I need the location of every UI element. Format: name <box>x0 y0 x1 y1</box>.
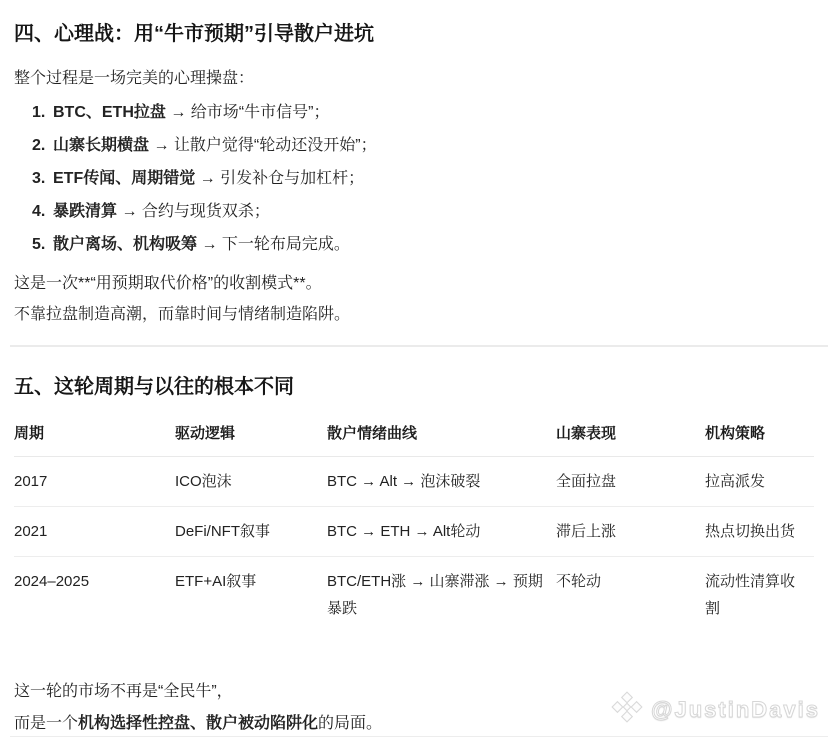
closing-line-2-bold: 机构选择性控盘、散户被动陷阱化 <box>78 715 318 732</box>
list-item-number: 4. <box>32 202 53 222</box>
binance-diamond-icon <box>610 690 644 729</box>
watermark-handle: @JustinDavis <box>651 697 820 723</box>
table-cell: 不轮动 <box>556 557 705 639</box>
list-item-lead: 暴跌清算 <box>53 203 117 220</box>
section5-heading: 五、这轮周期与以往的根本不同 <box>14 374 814 400</box>
table-header-cell: 驱动逻辑 <box>175 416 327 457</box>
list-item-number: 2. <box>32 136 53 156</box>
table-cell: ICO泡沫 <box>175 457 327 507</box>
table-header-cell: 机构策略 <box>705 416 814 457</box>
list-item-number: 1. <box>32 103 53 123</box>
table-header-cell: 周期 <box>14 416 175 457</box>
list-item-rest: → 让散户觉得“轮动还没开始”； <box>149 137 377 154</box>
list-item-lead: 散户离场、机构吸筹 <box>53 236 197 253</box>
closing-line-2-pre: 而是一个 <box>14 715 78 732</box>
watermark: @JustinDavis <box>610 690 820 729</box>
list-item-number: 5. <box>32 235 53 255</box>
table-cell: BTC → ETH → Alt轮动 <box>327 507 556 557</box>
table-cell: 滞后上涨 <box>556 507 705 557</box>
list-item: 2.山寨长期横盘 → 让散户觉得“轮动还没开始”； <box>32 136 814 156</box>
list-item-rest: → 引发补仓与加杠杆； <box>195 170 364 187</box>
table-cell: DeFi/NFT叙事 <box>175 507 327 557</box>
table-cell: 拉高派发 <box>705 457 814 507</box>
table-cell: 2024–2025 <box>14 557 175 639</box>
list-item-rest: → 下一轮布局完成。 <box>197 236 350 253</box>
closing-line-2-post: 的局面。 <box>318 715 382 732</box>
list-item-lead: BTC、ETH拉盘 <box>53 104 166 121</box>
list-item: 1.BTC、ETH拉盘 → 给市场“牛市信号”； <box>32 103 814 123</box>
conclusion-line-2: 不靠拉盘制造高潮，而靠时间与情绪制造陷阱。 <box>14 299 814 330</box>
table-cell: BTC/ETH涨 → 山寨滞涨 → 预期暴跌 <box>327 557 556 639</box>
list-item-lead: 山寨长期横盘 <box>53 137 149 154</box>
conclusion-line-1: 这是一次**“用预期取代价格”的收割模式**。 <box>14 268 814 299</box>
list-item-rest: → 给市场“牛市信号”； <box>166 104 330 121</box>
list-item: 3.ETF传闻、周期错觉 → 引发补仓与加杠杆； <box>32 169 814 189</box>
psychology-list: 1.BTC、ETH拉盘 → 给市场“牛市信号”；2.山寨长期横盘 → 让散户觉得… <box>14 103 814 255</box>
table-header-cell: 散户情绪曲线 <box>327 416 556 457</box>
section-divider <box>10 345 828 347</box>
section4-conclusion: 这是一次**“用预期取代价格”的收割模式**。 不靠拉盘制造高潮，而靠时间与情绪… <box>14 268 814 330</box>
table-cell: 2021 <box>14 507 175 557</box>
table-cell: 热点切换出货 <box>705 507 814 557</box>
list-item-number: 3. <box>32 169 53 189</box>
table-row: 2021DeFi/NFT叙事BTC → ETH → Alt轮动滞后上涨热点切换出… <box>14 507 814 557</box>
list-item: 5.散户离场、机构吸筹 → 下一轮布局完成。 <box>32 235 814 255</box>
table-cell: 全面拉盘 <box>556 457 705 507</box>
section4-heading: 四、心理战：用“牛市预期”引导散户进坑 <box>14 21 814 47</box>
table-row: 2017ICO泡沫BTC → Alt → 泡沫破裂全面拉盘拉高派发 <box>14 457 814 507</box>
list-item-rest: → 合约与现货双杀； <box>117 203 270 220</box>
cycle-table-body: 2017ICO泡沫BTC → Alt → 泡沫破裂全面拉盘拉高派发2021DeF… <box>14 457 814 639</box>
table-header-cell: 山寨表现 <box>556 416 705 457</box>
bottom-divider <box>10 736 828 737</box>
table-cell: BTC → Alt → 泡沫破裂 <box>327 457 556 507</box>
section4-intro: 整个过程是一场完美的心理操盘： <box>14 68 814 90</box>
table-row: 2024–2025ETF+AI叙事BTC/ETH涨 → 山寨滞涨 → 预期暴跌不… <box>14 557 814 639</box>
list-item-lead: ETF传闻、周期错觉 <box>53 170 195 187</box>
list-item: 4.暴跌清算 → 合约与现货双杀； <box>32 202 814 222</box>
table-cell: 流动性清算收割 <box>705 557 814 639</box>
document-body: 四、心理战：用“牛市预期”引导散户进坑 整个过程是一场完美的心理操盘： 1.BT… <box>0 21 828 740</box>
cycle-comparison-table: 周期驱动逻辑散户情绪曲线山寨表现机构策略 2017ICO泡沫BTC → Alt … <box>14 416 814 638</box>
table-header-row: 周期驱动逻辑散户情绪曲线山寨表现机构策略 <box>14 416 814 457</box>
table-cell: ETF+AI叙事 <box>175 557 327 639</box>
table-cell: 2017 <box>14 457 175 507</box>
